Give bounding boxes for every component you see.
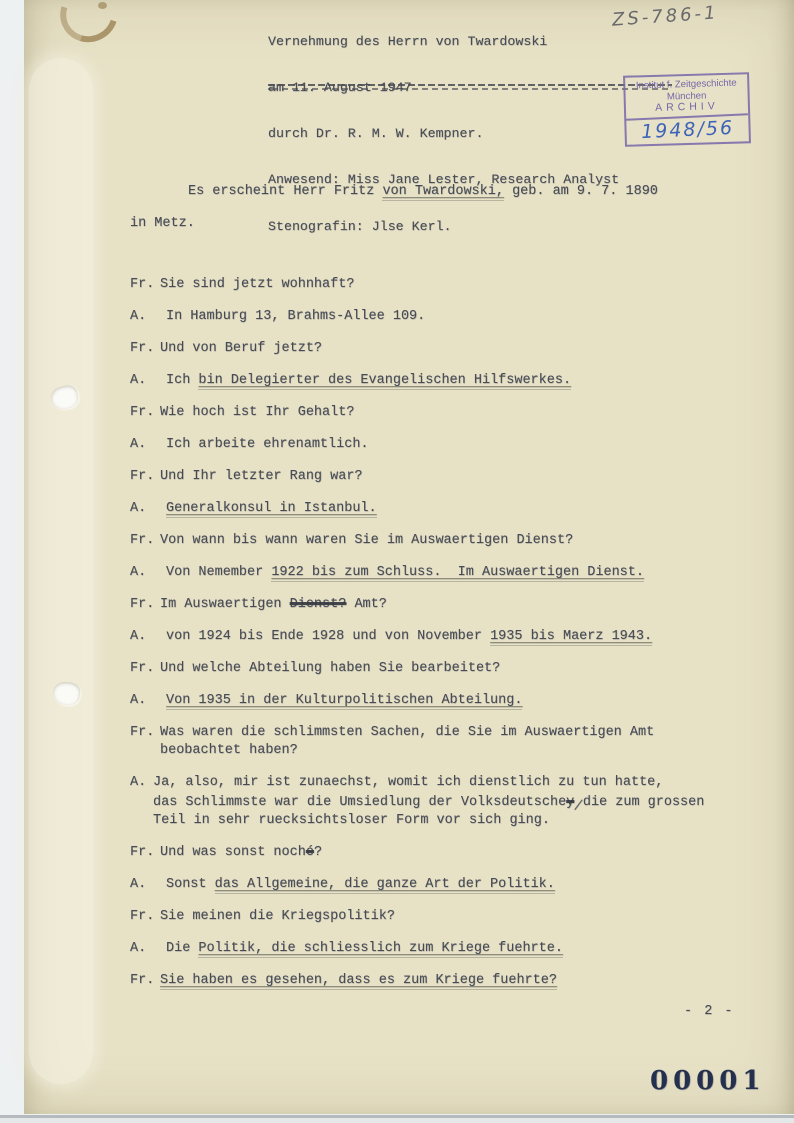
answer-row: A.Generalkonsul in Istanbul. — [130, 500, 750, 518]
text-segment: Sonst — [166, 877, 215, 892]
row-text: Sie sind jetzt wohnhaft? — [160, 276, 750, 294]
appearance-paragraph: Es erscheint Herr Fritz von Twardowski, … — [130, 176, 750, 254]
text-segment: In Hamburg 13, Brahms-Allee 109. — [166, 309, 425, 324]
text-segment: Im Auswaertigen — [160, 597, 290, 612]
underlined-text: von Twardowski, — [382, 184, 504, 201]
text-segment: Ich — [166, 373, 198, 388]
speaker-label: A. — [130, 436, 166, 454]
speaker-label: Fr. — [130, 276, 160, 294]
text-segment: Ja, also, mir ist zunaechst, womit ich d… — [153, 775, 663, 790]
question-row: Fr.Sie meinen die Kriegspolitik? — [130, 908, 750, 926]
page-number: - 2 - — [684, 1004, 735, 1019]
row-text: Es erscheint Herr Fritz von Twardowski, … — [130, 176, 750, 240]
speaker-label: Fr. — [130, 724, 160, 760]
text-segment: ? — [314, 845, 322, 860]
row-text: Und welche Abteilung haben Sie bearbeite… — [160, 660, 750, 678]
speaker-label: A. — [130, 940, 166, 958]
handwritten-reference: ZS-786-1 — [611, 2, 719, 30]
row-text: Was waren die schlimmsten Sachen, die Si… — [160, 724, 750, 760]
question-row: Fr.Von wann bis wann waren Sie im Auswae… — [130, 532, 750, 550]
text-segment: Amt? — [346, 597, 387, 612]
speaker-label: A. — [130, 308, 166, 326]
answer-row: A.Von Nemember 1922 bis zum Schluss. Im … — [130, 564, 750, 582]
answer-row: A.Ich arbeite ehrenamtlich. — [130, 436, 750, 454]
text-line: Sie haben es gesehen, dass es zum Kriege… — [160, 972, 750, 990]
underlined-text: 1922 bis zum Schluss. Im Auswaertigen Di… — [271, 565, 644, 582]
text-line: Von wann bis wann waren Sie im Auswaerti… — [160, 532, 750, 550]
paper-light-band — [29, 58, 93, 1084]
answer-row: A.In Hamburg 13, Brahms-Allee 109. — [130, 308, 750, 326]
speaker-label: Fr. — [130, 468, 160, 486]
text-line: Und was sonst noché? — [160, 844, 750, 862]
header-line-title: Vernehmung des Herrn von Twardowski — [268, 34, 619, 49]
text-segment: Sie meinen die Kriegspolitik? — [160, 909, 395, 924]
underlined-text: Generalkonsul in Istanbul. — [166, 501, 377, 518]
speaker-label: A. — [130, 372, 166, 390]
speaker-label: A. — [130, 564, 166, 582]
underlined-text: 1935 bis Maerz 1943. — [490, 629, 652, 646]
row-text: Wie hoch ist Ihr Gehalt? — [160, 404, 750, 422]
text-segment: geb. am 9. 7. 1890 — [504, 184, 658, 199]
row-text: Und was sonst noché? — [160, 844, 750, 862]
row-text: Und Ihr letzter Rang war? — [160, 468, 750, 486]
row-text: In Hamburg 13, Brahms-Allee 109. — [166, 308, 750, 326]
header-line-interrogator: durch Dr. R. M. W. Kempner. — [268, 126, 619, 141]
speaker-label: A. — [130, 692, 166, 710]
row-text: Und von Beruf jetzt? — [160, 340, 750, 358]
text-segment: beobachtet haben? — [160, 743, 298, 758]
row-text: Sie haben es gesehen, dass es zum Kriege… — [160, 972, 750, 990]
speaker-label: Fr. — [130, 660, 160, 678]
underlined-text: bin Delegierter des Evangelischen Hilfsw… — [198, 373, 571, 390]
text-line: Was waren die schlimmsten Sachen, die Si… — [160, 724, 750, 742]
row-text: Im Auswaertigen Dienst? Amt? — [160, 596, 750, 614]
speaker-label: Fr. — [130, 596, 160, 614]
row-text: Sonst das Allgemeine, die ganze Art der … — [166, 876, 750, 894]
answer-row: A.Von 1935 in der Kulturpolitischen Abte… — [130, 692, 750, 710]
text-line: Teil in sehr ruecksichtsloser Form vor s… — [153, 812, 750, 830]
text-segment: Von Nemember — [166, 565, 271, 580]
row-text: Ich arbeite ehrenamtlich. — [166, 436, 750, 454]
paper-sheet: Vernehmung des Herrn von Twardowski am 1… — [24, 0, 794, 1114]
answer-row: A.Ich bin Delegierter des Evangelischen … — [130, 372, 750, 390]
text-line: in Metz. — [130, 208, 750, 240]
text-line: Ja, also, mir ist zunaechst, womit ich d… — [153, 774, 750, 792]
text-line: Generalkonsul in Istanbul. — [166, 500, 750, 518]
text-segment: das Schlimmste war die Umsiedlung der Vo… — [153, 795, 566, 810]
text-segment: Die — [166, 941, 198, 956]
text-line: Und welche Abteilung haben Sie bearbeite… — [160, 660, 750, 678]
answer-row: A.Die Politik, die schliesslich zum Krie… — [130, 940, 750, 958]
text-segment: Ich arbeite ehrenamtlich. — [166, 437, 369, 452]
text-line: Sie sind jetzt wohnhaft? — [160, 276, 750, 294]
scan-bottom-strip — [0, 1118, 794, 1123]
underlined-text: Politik, die schliesslich zum Kriege fue… — [198, 941, 563, 958]
row-text: Sie meinen die Kriegspolitik? — [160, 908, 750, 926]
speaker-label: Fr. — [130, 532, 160, 550]
question-row: Fr.Wie hoch ist Ihr Gehalt? — [130, 404, 750, 422]
speaker-label: Fr. — [130, 404, 160, 422]
struck-text: é — [306, 845, 314, 860]
text-segment: Es erscheint Herr Fritz — [188, 184, 382, 199]
speaker-label: Fr. — [130, 908, 160, 926]
underlined-text: Sie haben es gesehen, dass es zum Kriege… — [160, 973, 557, 990]
handwritten-mark: / — [573, 795, 585, 814]
text-line: von 1924 bis Ende 1928 und von November … — [166, 628, 750, 646]
text-line: Wie hoch ist Ihr Gehalt? — [160, 404, 750, 422]
underlined-text: das Allgemeine, die ganze Art der Politi… — [215, 877, 555, 894]
text-segment: Von wann bis wann waren Sie im Auswaerti… — [160, 533, 573, 548]
typed-separator-line — [268, 84, 672, 90]
text-line: beobachtet haben? — [160, 742, 750, 760]
text-line: Sie meinen die Kriegspolitik? — [160, 908, 750, 926]
question-row: Fr.Und Ihr letzter Rang war? — [130, 468, 750, 486]
row-text: Ich bin Delegierter des Evangelischen Hi… — [166, 372, 750, 390]
row-text: Von Nemember 1922 bis zum Schluss. Im Au… — [166, 564, 750, 582]
text-segment: von 1924 bis Ende 1928 und von November — [166, 629, 490, 644]
text-segment: Und Ihr letzter Rang war? — [160, 469, 363, 484]
text-line: In Hamburg 13, Brahms-Allee 109. — [166, 308, 750, 326]
text-line: Im Auswaertigen Dienst? Amt? — [160, 596, 750, 614]
question-answer-list: Fr.Sie sind jetzt wohnhaft?A.In Hamburg … — [130, 276, 750, 1004]
text-line: Die Politik, die schliesslich zum Kriege… — [166, 940, 750, 958]
row-text: Von 1935 in der Kulturpolitischen Abteil… — [166, 692, 750, 710]
text-segment: Teil in sehr ruecksichtsloser Form vor s… — [153, 813, 550, 828]
speaker-label: Fr. — [130, 844, 160, 862]
text-line: Sonst das Allgemeine, die ganze Art der … — [166, 876, 750, 894]
text-line: Und Ihr letzter Rang war? — [160, 468, 750, 486]
speaker-label: A. — [130, 774, 153, 830]
stamp-archiv-line: ARCHIV — [628, 100, 746, 115]
text-line: Von Nemember 1922 bis zum Schluss. Im Au… — [166, 564, 750, 582]
text-segment: Sie sind jetzt wohnhaft? — [160, 277, 354, 292]
text-line: Von 1935 in der Kulturpolitischen Abteil… — [166, 692, 750, 710]
rust-stain — [50, 0, 128, 52]
archive-stamp-text: Institut f. Zeitgeschichte München ARCHI… — [625, 74, 748, 117]
speaker-label: Fr. — [130, 972, 160, 990]
archive-stamp: Institut f. Zeitgeschichte München ARCHI… — [623, 72, 751, 146]
question-row: Fr.Und von Beruf jetzt? — [130, 340, 750, 358]
text-line: Ich bin Delegierter des Evangelischen Hi… — [166, 372, 750, 390]
row-text: Die Politik, die schliesslich zum Kriege… — [166, 940, 750, 958]
serial-number-stamp: 00001 — [650, 1066, 765, 1096]
text-segment: in Metz. — [130, 216, 195, 231]
text-line: Es erscheint Herr Fritz von Twardowski, … — [130, 176, 750, 208]
row-text: Von wann bis wann waren Sie im Auswaerti… — [160, 532, 750, 550]
text-segment: die zum grossen — [583, 795, 705, 810]
question-row: Fr.Und welche Abteilung haben Sie bearbe… — [130, 660, 750, 678]
intro-row: Es erscheint Herr Fritz von Twardowski, … — [130, 176, 750, 240]
text-line: das Schlimmste war die Umsiedlung der Vo… — [153, 792, 750, 812]
text-segment: Wie hoch ist Ihr Gehalt? — [160, 405, 354, 420]
question-row: Fr.Sie sind jetzt wohnhaft? — [130, 276, 750, 294]
speaker-label: A. — [130, 876, 166, 894]
text-line: Ich arbeite ehrenamtlich. — [166, 436, 750, 454]
answer-row: A.von 1924 bis Ende 1928 und von Novembe… — [130, 628, 750, 646]
document-scan: Vernehmung des Herrn von Twardowski am 1… — [0, 0, 794, 1123]
text-segment: Und welche Abteilung haben Sie bearbeite… — [160, 661, 500, 676]
stamp-handwritten-number: 1948/56 — [626, 113, 749, 146]
answer-row: A.Ja, also, mir ist zunaechst, womit ich… — [130, 774, 750, 830]
rust-stain-dot — [98, 2, 107, 9]
underlined-text: Von 1935 in der Kulturpolitischen Abteil… — [166, 693, 522, 710]
row-text: Ja, also, mir ist zunaechst, womit ich d… — [153, 774, 750, 830]
text-segment: Und was sonst noch — [160, 845, 306, 860]
question-row: Fr.Und was sonst noché? — [130, 844, 750, 862]
row-text: Generalkonsul in Istanbul. — [166, 500, 750, 518]
question-row: Fr.Sie haben es gesehen, dass es zum Kri… — [130, 972, 750, 990]
speaker-label: Fr. — [130, 340, 160, 358]
speaker-label: A. — [130, 500, 166, 518]
text-line: Und von Beruf jetzt? — [160, 340, 750, 358]
text-segment: Was waren die schlimmsten Sachen, die Si… — [160, 725, 654, 740]
question-row: Fr.Was waren die schlimmsten Sachen, die… — [130, 724, 750, 760]
row-text: von 1924 bis Ende 1928 und von November … — [166, 628, 750, 646]
speaker-label: A. — [130, 628, 166, 646]
struck-text: Dienst? — [290, 597, 347, 612]
question-row: Fr.Im Auswaertigen Dienst? Amt? — [130, 596, 750, 614]
answer-row: A.Sonst das Allgemeine, die ganze Art de… — [130, 876, 750, 894]
text-segment: Und von Beruf jetzt? — [160, 341, 322, 356]
